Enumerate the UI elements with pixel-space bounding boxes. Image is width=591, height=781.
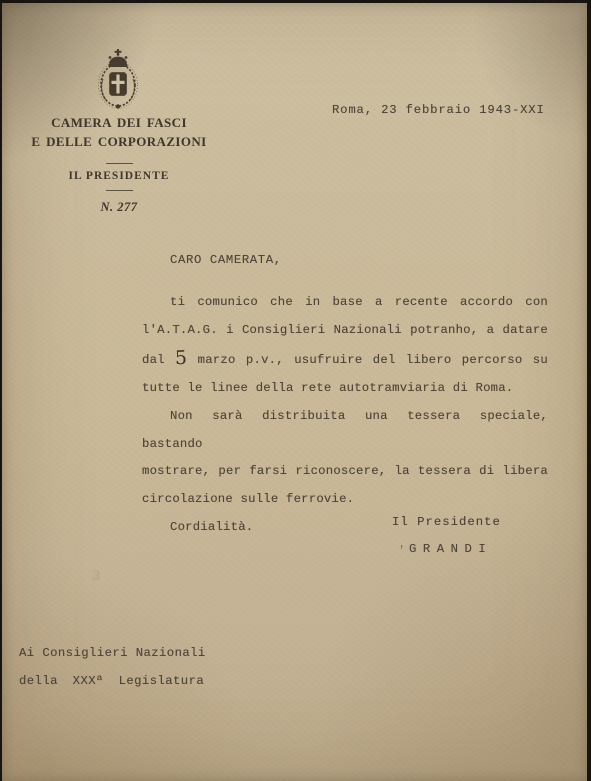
recipient-line2: della XXXª Legislatura [19, 674, 204, 688]
divider-rule-top [106, 163, 133, 164]
body-line-with-handwriting: dal 5 marzo p.v., usufruire del libero p… [142, 344, 548, 375]
stray-ink-mark: ' [398, 544, 405, 558]
body-line: circolazione sulle ferrovie. [142, 486, 548, 514]
body-line: l'A.T.A.G. i Consiglieri Nazionali potra… [142, 317, 548, 345]
sender-role: IL PRESIDENTE [29, 170, 209, 182]
body-line: tutte le linee della rete autotramviaria… [142, 375, 548, 403]
body-line: mostrare, per farsi riconoscere, la tess… [142, 458, 548, 486]
org-name-line2: E DELLE CORPORAZIONI [29, 132, 209, 151]
savoy-coat-of-arms-icon [95, 49, 141, 109]
body-line-suffix: marzo p.v., usufruire del libero percors… [198, 353, 548, 367]
salutation: CARO CAMERATA, [170, 253, 282, 267]
signature-name: GRANDI [409, 542, 492, 556]
letterhead: CAMERA DEI FASCI E DELLE CORPORAZIONI [29, 113, 209, 151]
body-line: ti comunico che in base a recente accord… [142, 289, 548, 317]
faint-pencil-mark: 3 [91, 568, 101, 584]
recipient-line1: Ai Consiglieri Nazionali [19, 646, 206, 660]
org-name-line1: CAMERA DEI FASCI [29, 113, 209, 132]
protocol-number: N. 277 [29, 200, 209, 215]
letter-paper: CAMERA DEI FASCI E DELLE CORPORAZIONI IL… [2, 3, 587, 781]
letter-photograph: CAMERA DEI FASCI E DELLE CORPORAZIONI IL… [0, 0, 591, 781]
letter-body: ti comunico che in base a recente accord… [142, 289, 548, 541]
signature-title: Il Presidente [392, 515, 501, 529]
handwritten-day-numeral: 5 [175, 345, 188, 373]
body-line: Non sarà distribuita una tessera special… [142, 403, 548, 458]
divider-rule-bottom [106, 190, 133, 191]
date-line: Roma, 23 febbraio 1943-XXI [332, 103, 545, 117]
body-line-prefix: dal [142, 353, 165, 367]
